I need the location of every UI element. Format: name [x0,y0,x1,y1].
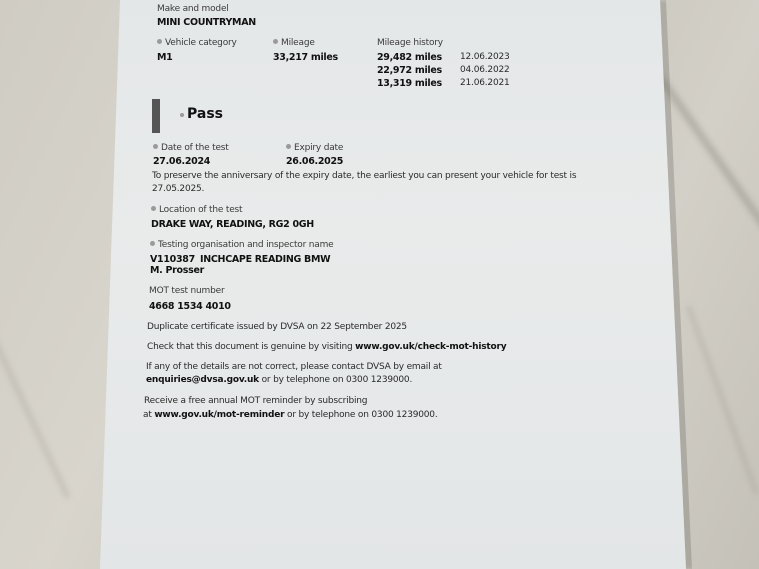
bullet-icon [273,39,278,44]
make-model-label: Make and model [157,4,229,14]
mot-reminder-link[interactable]: www.gov.uk/mot-reminder [154,410,284,420]
org-label: Testing organisation and inspector name [150,240,334,250]
mileage-history-miles: 22,972 miles [377,65,442,76]
vehicle-category-label: Vehicle category [157,38,237,48]
anniversary-note: To preserve the anniversary of the expir… [152,171,576,181]
location-value: DRAKE WAY, READING, RG2 0GH [151,219,314,230]
test-date-label: Date of the test [153,143,229,153]
bullet-icon [180,113,184,117]
test-number-value: 4668 1534 4010 [149,301,231,312]
mileage-history-label: Mileage history [377,38,443,48]
mileage-history-date: 21.06.2021 [460,78,510,88]
check-note-text: Check that this document is genuine by v… [147,342,355,352]
make-model-value: MINI COUNTRYMAN [157,17,256,28]
mileage-history-date: 12.06.2023 [460,52,510,62]
bullet-icon [286,144,291,149]
contact-email-link[interactable]: enquiries@dvsa.gov.uk [146,375,259,385]
contact-note-2: enquiries@dvsa.gov.uk or by telephone on… [146,375,412,385]
expiry-date-label: Expiry date [286,143,343,153]
bullet-icon [151,206,156,211]
contact-phone-text: or by telephone on 0300 1239000. [259,375,412,385]
reminder-note: Receive a free annual MOT reminder by su… [144,396,367,406]
location-label: Location of the test [151,205,242,215]
vehicle-category-value: M1 [157,52,172,63]
mileage-label: Mileage [273,38,315,48]
test-number-label: MOT test number [149,286,224,296]
location-label-text: Location of the test [159,205,242,215]
vehicle-category-label-text: Vehicle category [165,38,237,48]
check-mot-history-link[interactable]: www.gov.uk/check-mot-history [355,342,506,352]
bullet-icon [157,39,162,44]
test-result: Pass [180,106,223,122]
duplicate-note: Duplicate certificate issued by DVSA on … [147,322,407,332]
expiry-date-value: 26.06.2025 [286,156,343,167]
org-code: V110387 [150,254,195,265]
bullet-icon [150,241,155,246]
certificate-content: Make and model MINI COUNTRYMAN Vehicle c… [0,0,759,569]
org-name: INCHCAPE READING BMW [200,254,330,265]
contact-note: If any of the details are not correct, p… [146,362,442,372]
reminder-prefix: at [143,410,154,420]
mileage-value: 33,217 miles [273,52,338,63]
mileage-history-date: 04.06.2022 [460,65,510,75]
test-date-value: 27.06.2024 [153,156,210,167]
org-label-text: Testing organisation and inspector name [158,240,334,250]
mileage-history-miles: 29,482 miles [377,52,442,63]
reminder-phone-text: or by telephone on 0300 1239000. [284,410,437,420]
inspector-name: M. Prosser [150,265,204,276]
anniversary-note-date: 27.05.2025. [152,184,204,194]
check-note: Check that this document is genuine by v… [147,342,506,352]
test-result-text: Pass [187,106,223,122]
test-date-label-text: Date of the test [161,143,229,153]
mileage-history-miles: 13,319 miles [377,78,442,89]
mileage-label-text: Mileage [281,38,315,48]
expiry-date-label-text: Expiry date [294,143,343,153]
reminder-note-2: at www.gov.uk/mot-reminder or by telepho… [143,410,438,420]
bullet-icon [153,144,158,149]
result-bar [152,99,160,133]
